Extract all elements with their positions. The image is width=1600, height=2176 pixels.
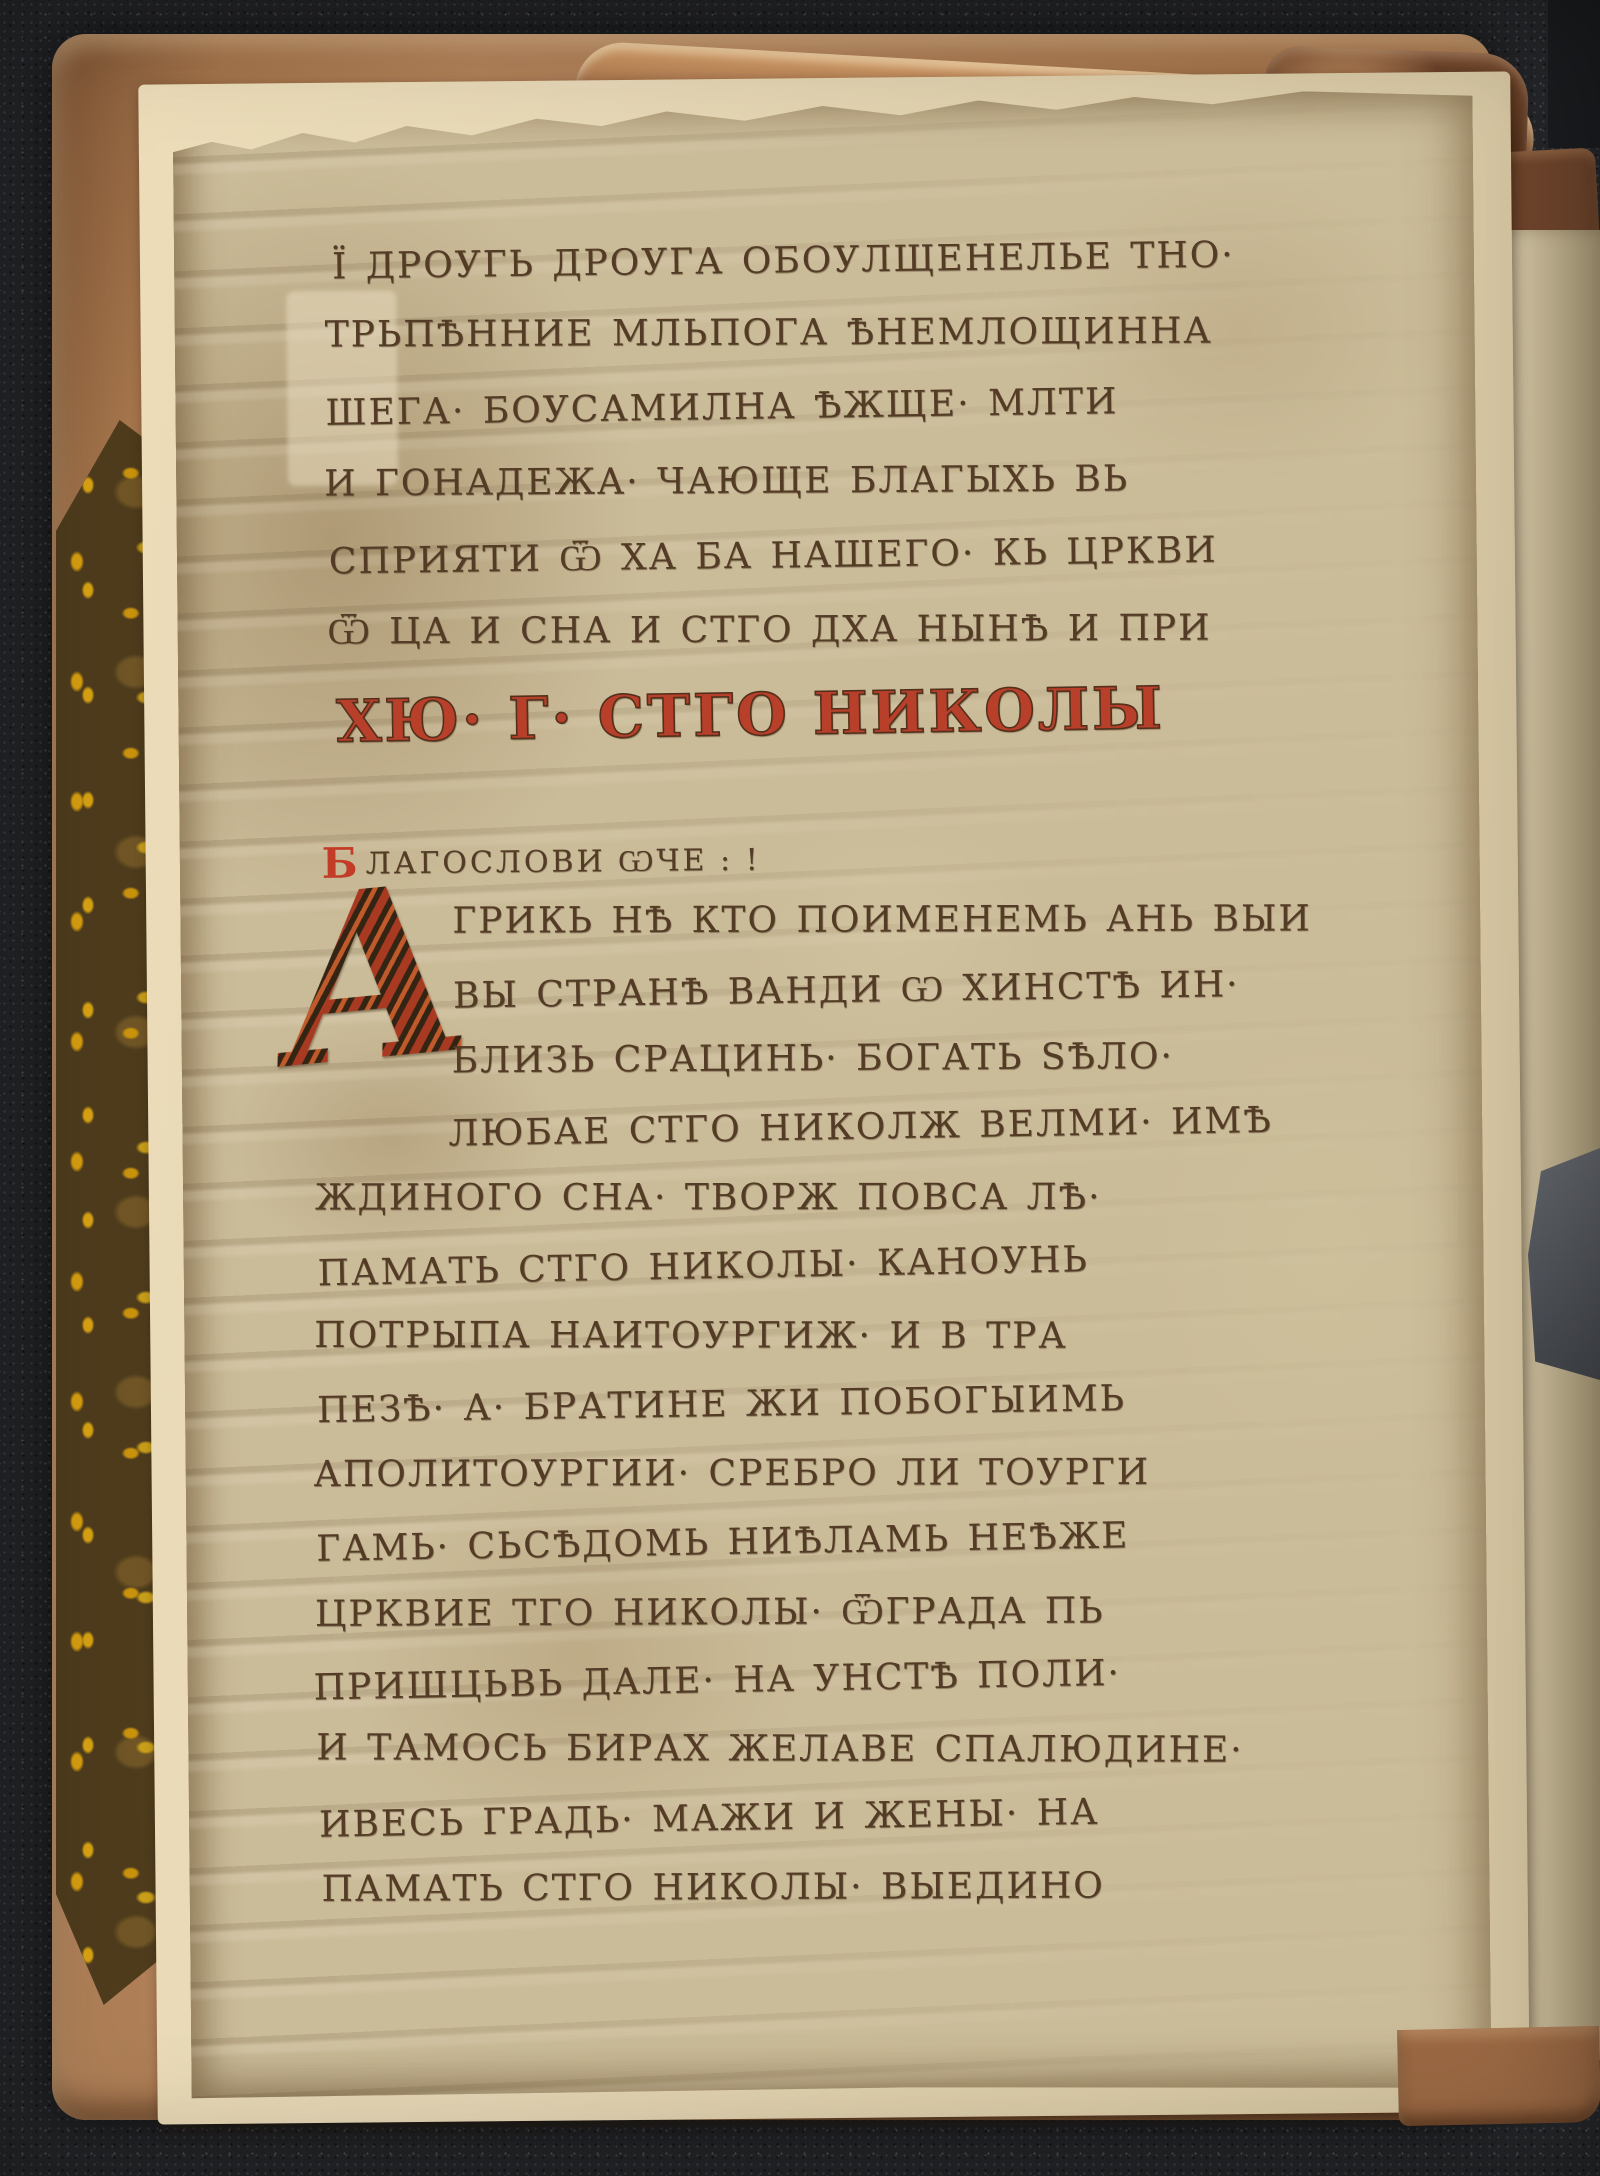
text-line: ПОТРЫПА НАИТОУРГИЖ· И В ТРА	[314, 1315, 1067, 1357]
text-line: ГРИКЬ НѢ КТО ПОИМЕНЕМЬ АНЬ ВЫИ	[452, 898, 1312, 941]
text-line: БЛИЗЬ СРАЦИНЬ· БОГАТЬ ЅѢЛО·	[452, 1036, 1174, 1081]
manuscript-photo: Ї ДРОУГЬ ДРОУГА ОБОУЛЩЕНЕЛЬЕ ТНО· ТРЬПѢН…	[0, 0, 1600, 2176]
bottom-right-leather	[1397, 2026, 1600, 2126]
parchment-page: Ї ДРОУГЬ ДРОУГА ОБОУЛЩЕНЕЛЬЕ ТНО· ТРЬПѢН…	[172, 88, 1491, 2100]
illuminated-initial: А	[274, 856, 468, 1096]
text-line: АПОЛИТОУРГИИ· СРЕБРО ЛИ ТОУРГИ	[314, 1452, 1151, 1495]
text-line: И ТАМОСЬ БИРАХ ЖЕЛАВЕ СПАЛЮДИНЕ·	[316, 1727, 1243, 1770]
text-line: Ѿ ЦА И СНА И СТГО ДХА НЫНѢ И ПРИ	[327, 607, 1211, 653]
text-line: ПАМАТЬ СТГО НИКОЛЫ· ВЫЕДИНО	[322, 1865, 1105, 1909]
text-line: И ГОНАДЕЖА· ЧАЮЩЕ БЛАГЫХЬ ВЬ	[324, 459, 1129, 505]
background-object	[1548, 0, 1600, 148]
text-line: ТРЬПѢННИЕ МЛЬПОГА ѢНЕМЛОЩИННА	[325, 311, 1213, 356]
text-line: ЖДИНОГО СНА· ТВОРЖ ПОВСА ЛѢ·	[315, 1177, 1102, 1219]
text-line: ЦРКВИЕ ТГО НИКОЛЫ· ѾГРАДА ПЬ	[315, 1589, 1105, 1634]
rubric-chapter-title: ХЮ· Г· СТГО НИКОЛЫ	[336, 674, 1165, 756]
